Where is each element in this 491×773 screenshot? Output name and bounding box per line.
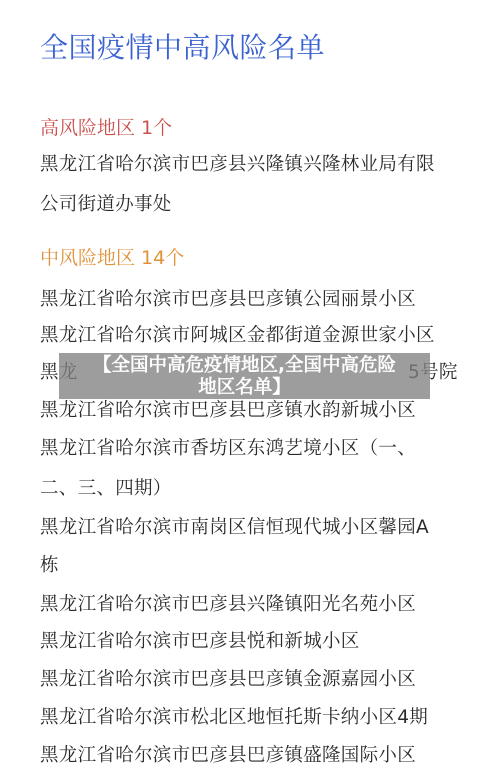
mid-risk-line: 黑龙江省哈尔滨市巴彦县巴彦镇公园丽景小区 [40, 285, 416, 311]
high-risk-line: 公司街道办事处 [40, 190, 172, 216]
mid-risk-line: 二、三、四期） [40, 474, 172, 500]
mid-risk-line: 黑龙江省哈尔滨市巴彦县巴彦镇水韵新城小区 [40, 396, 416, 422]
mid-risk-line: 黑龙江省哈尔滨市巴彦县悦和新城小区 [40, 627, 360, 653]
mid-risk-line: 栋 [40, 551, 59, 577]
caption-line-2: 地区名单】 [59, 377, 430, 399]
high-risk-line: 黑龙江省哈尔滨市巴彦县兴隆镇兴隆林业局有限 [40, 150, 435, 176]
mid-risk-line: 黑龙江省哈尔滨市南岗区信恒现代城小区馨园A [40, 513, 429, 539]
mid-risk-line: 黑龙江省哈尔滨市巴彦县兴隆镇阳光名苑小区 [40, 590, 416, 616]
mid-risk-line: 黑龙江省哈尔滨市阿城区金都街道金源世家小区 [40, 321, 435, 347]
mid-risk-line: 黑龙江省哈尔滨市巴彦县巴彦镇金源嘉园小区 [40, 665, 416, 691]
mid-risk-line: 黑龙江省哈尔滨市松北区地恒托斯卡纳小区4期 [40, 703, 428, 729]
mid-risk-heading: 中风险地区 14个 [40, 243, 184, 270]
caption-line-1: 【全国中高危疫情地区,全国中高危险 [59, 355, 430, 377]
mid-risk-line: 黑龙江省哈尔滨市香坊区东鸿艺境小区（一、 [40, 434, 416, 460]
mid-risk-line: 黑龙江省哈尔滨市巴彦县巴彦镇盛隆国际小区 [40, 741, 416, 767]
page-title: 全国疫情中高风险名单 [40, 26, 325, 66]
caption-overlay-text: 【全国中高危疫情地区,全国中高危险 地区名单】 [59, 355, 430, 399]
high-risk-heading: 高风险地区 1个 [40, 113, 172, 140]
document-page: 全国疫情中高风险名单 高风险地区 1个 黑龙江省哈尔滨市巴彦县兴隆镇兴隆林业局有… [0, 0, 491, 773]
